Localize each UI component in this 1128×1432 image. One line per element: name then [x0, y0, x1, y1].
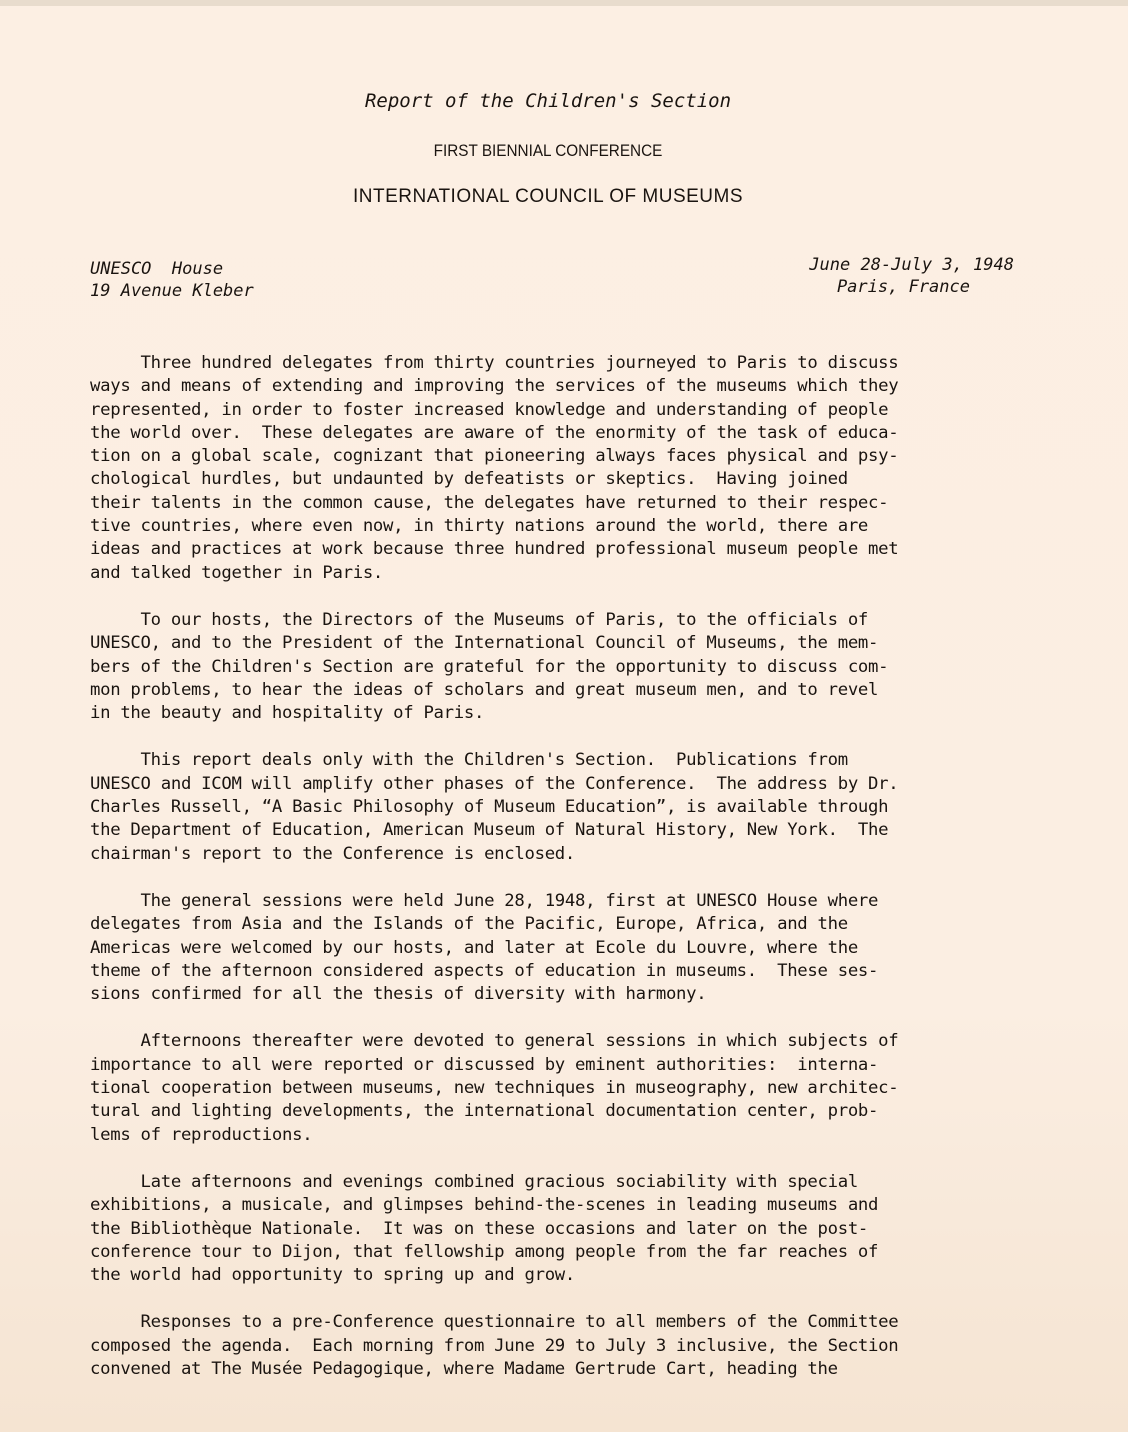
text-line: Responses to a pre-Conference questionna… — [90, 1311, 1030, 1334]
text-line: tive countries, where even now, in thirt… — [90, 515, 1030, 538]
text-line: Charles Russell, “A Basic Philosophy of … — [90, 796, 1030, 819]
text-line: chairman's report to the Conference is e… — [90, 843, 1030, 866]
text-line: tion on a global scale, cognizant that p… — [90, 445, 1030, 468]
text-line: theme of the afternoon considered aspect… — [90, 960, 1030, 983]
text-line: ideas and practices at work because thre… — [90, 538, 1030, 561]
text-line: UNESCO, and to the President of the Inte… — [90, 632, 1030, 655]
text-line: Afternoons thereafter were devoted to ge… — [90, 1030, 1030, 1053]
text-line: tural and lighting developments, the int… — [90, 1100, 1030, 1123]
text-line: chological hurdles, but undaunted by def… — [90, 468, 1030, 491]
venue-address: UNESCO House 19 Avenue Kleber — [90, 258, 254, 302]
text-line: bers of the Children's Section are grate… — [90, 656, 1030, 679]
paragraph: Three hundred delegates from thirty coun… — [90, 352, 1030, 585]
text-line: sions confirmed for all the thesis of di… — [90, 983, 1030, 1006]
text-line: ways and means of extending and improvin… — [90, 375, 1030, 398]
text-line: tional cooperation between museums, new … — [90, 1077, 1030, 1100]
report-body: Three hundred delegates from thirty coun… — [90, 352, 1030, 1405]
text-line: exhibitions, a musicale, and glimpses be… — [90, 1194, 1030, 1217]
text-line: delegates from Asia and the Islands of t… — [90, 913, 1030, 936]
text-line: the world had opportunity to spring up a… — [90, 1264, 1030, 1287]
text-line: importance to all were reported or discu… — [90, 1054, 1030, 1077]
text-line: composed the agenda. Each morning from J… — [90, 1335, 1030, 1358]
text-line: represented, in order to foster increase… — [90, 399, 1030, 422]
document-page: Report of the Children's Section FIRST B… — [0, 0, 1128, 1432]
venue-line-2: 19 Avenue Kleber — [90, 280, 254, 302]
conference-city: Paris, France — [780, 276, 1014, 298]
date-location: June 28-July 3, 1948 Paris, France — [780, 254, 1014, 298]
section-title: Report of the Children's Section — [0, 90, 1096, 112]
text-line: Three hundred delegates from thirty coun… — [90, 352, 1030, 375]
conference-dates: June 28-July 3, 1948 — [780, 254, 1014, 276]
text-line: The general sessions were held June 28, … — [90, 890, 1030, 913]
paragraph: Late afternoons and evenings combined gr… — [90, 1171, 1030, 1287]
text-line: their talents in the common cause, the d… — [90, 492, 1030, 515]
paragraph: Responses to a pre-Conference questionna… — [90, 1311, 1030, 1381]
paragraph: This report deals only with the Children… — [90, 749, 1030, 865]
text-line: To our hosts, the Directors of the Museu… — [90, 609, 1030, 632]
text-line: the Bibliothèque Nationale. It was on th… — [90, 1218, 1030, 1241]
text-line: and talked together in Paris. — [90, 562, 1030, 585]
venue-line-1: UNESCO House — [90, 258, 254, 280]
conference-title: FIRST BIENNIAL CONFERENCE — [55, 141, 1041, 161]
text-line: lems of reproductions. — [90, 1124, 1030, 1147]
organization-title: INTERNATIONAL COUNCIL OF MUSEUMS — [0, 186, 1096, 208]
text-line: conference tour to Dijon, that fellowshi… — [90, 1241, 1030, 1264]
text-line: This report deals only with the Children… — [90, 749, 1030, 772]
text-line: UNESCO and ICOM will amplify other phase… — [90, 773, 1030, 796]
text-line: Late afternoons and evenings combined gr… — [90, 1171, 1030, 1194]
text-line: Americas were welcomed by our hosts, and… — [90, 937, 1030, 960]
text-line: the Department of Education, American Mu… — [90, 819, 1030, 842]
scan-edge — [0, 0, 1128, 6]
text-line: in the beauty and hospitality of Paris. — [90, 702, 1030, 725]
paragraph: Afternoons thereafter were devoted to ge… — [90, 1030, 1030, 1146]
paragraph: To our hosts, the Directors of the Museu… — [90, 609, 1030, 725]
text-line: the world over. These delegates are awar… — [90, 422, 1030, 445]
paragraph: The general sessions were held June 28, … — [90, 890, 1030, 1006]
text-line: convened at The Musée Pedagogique, where… — [90, 1358, 1030, 1381]
text-line: mon problems, to hear the ideas of schol… — [90, 679, 1030, 702]
